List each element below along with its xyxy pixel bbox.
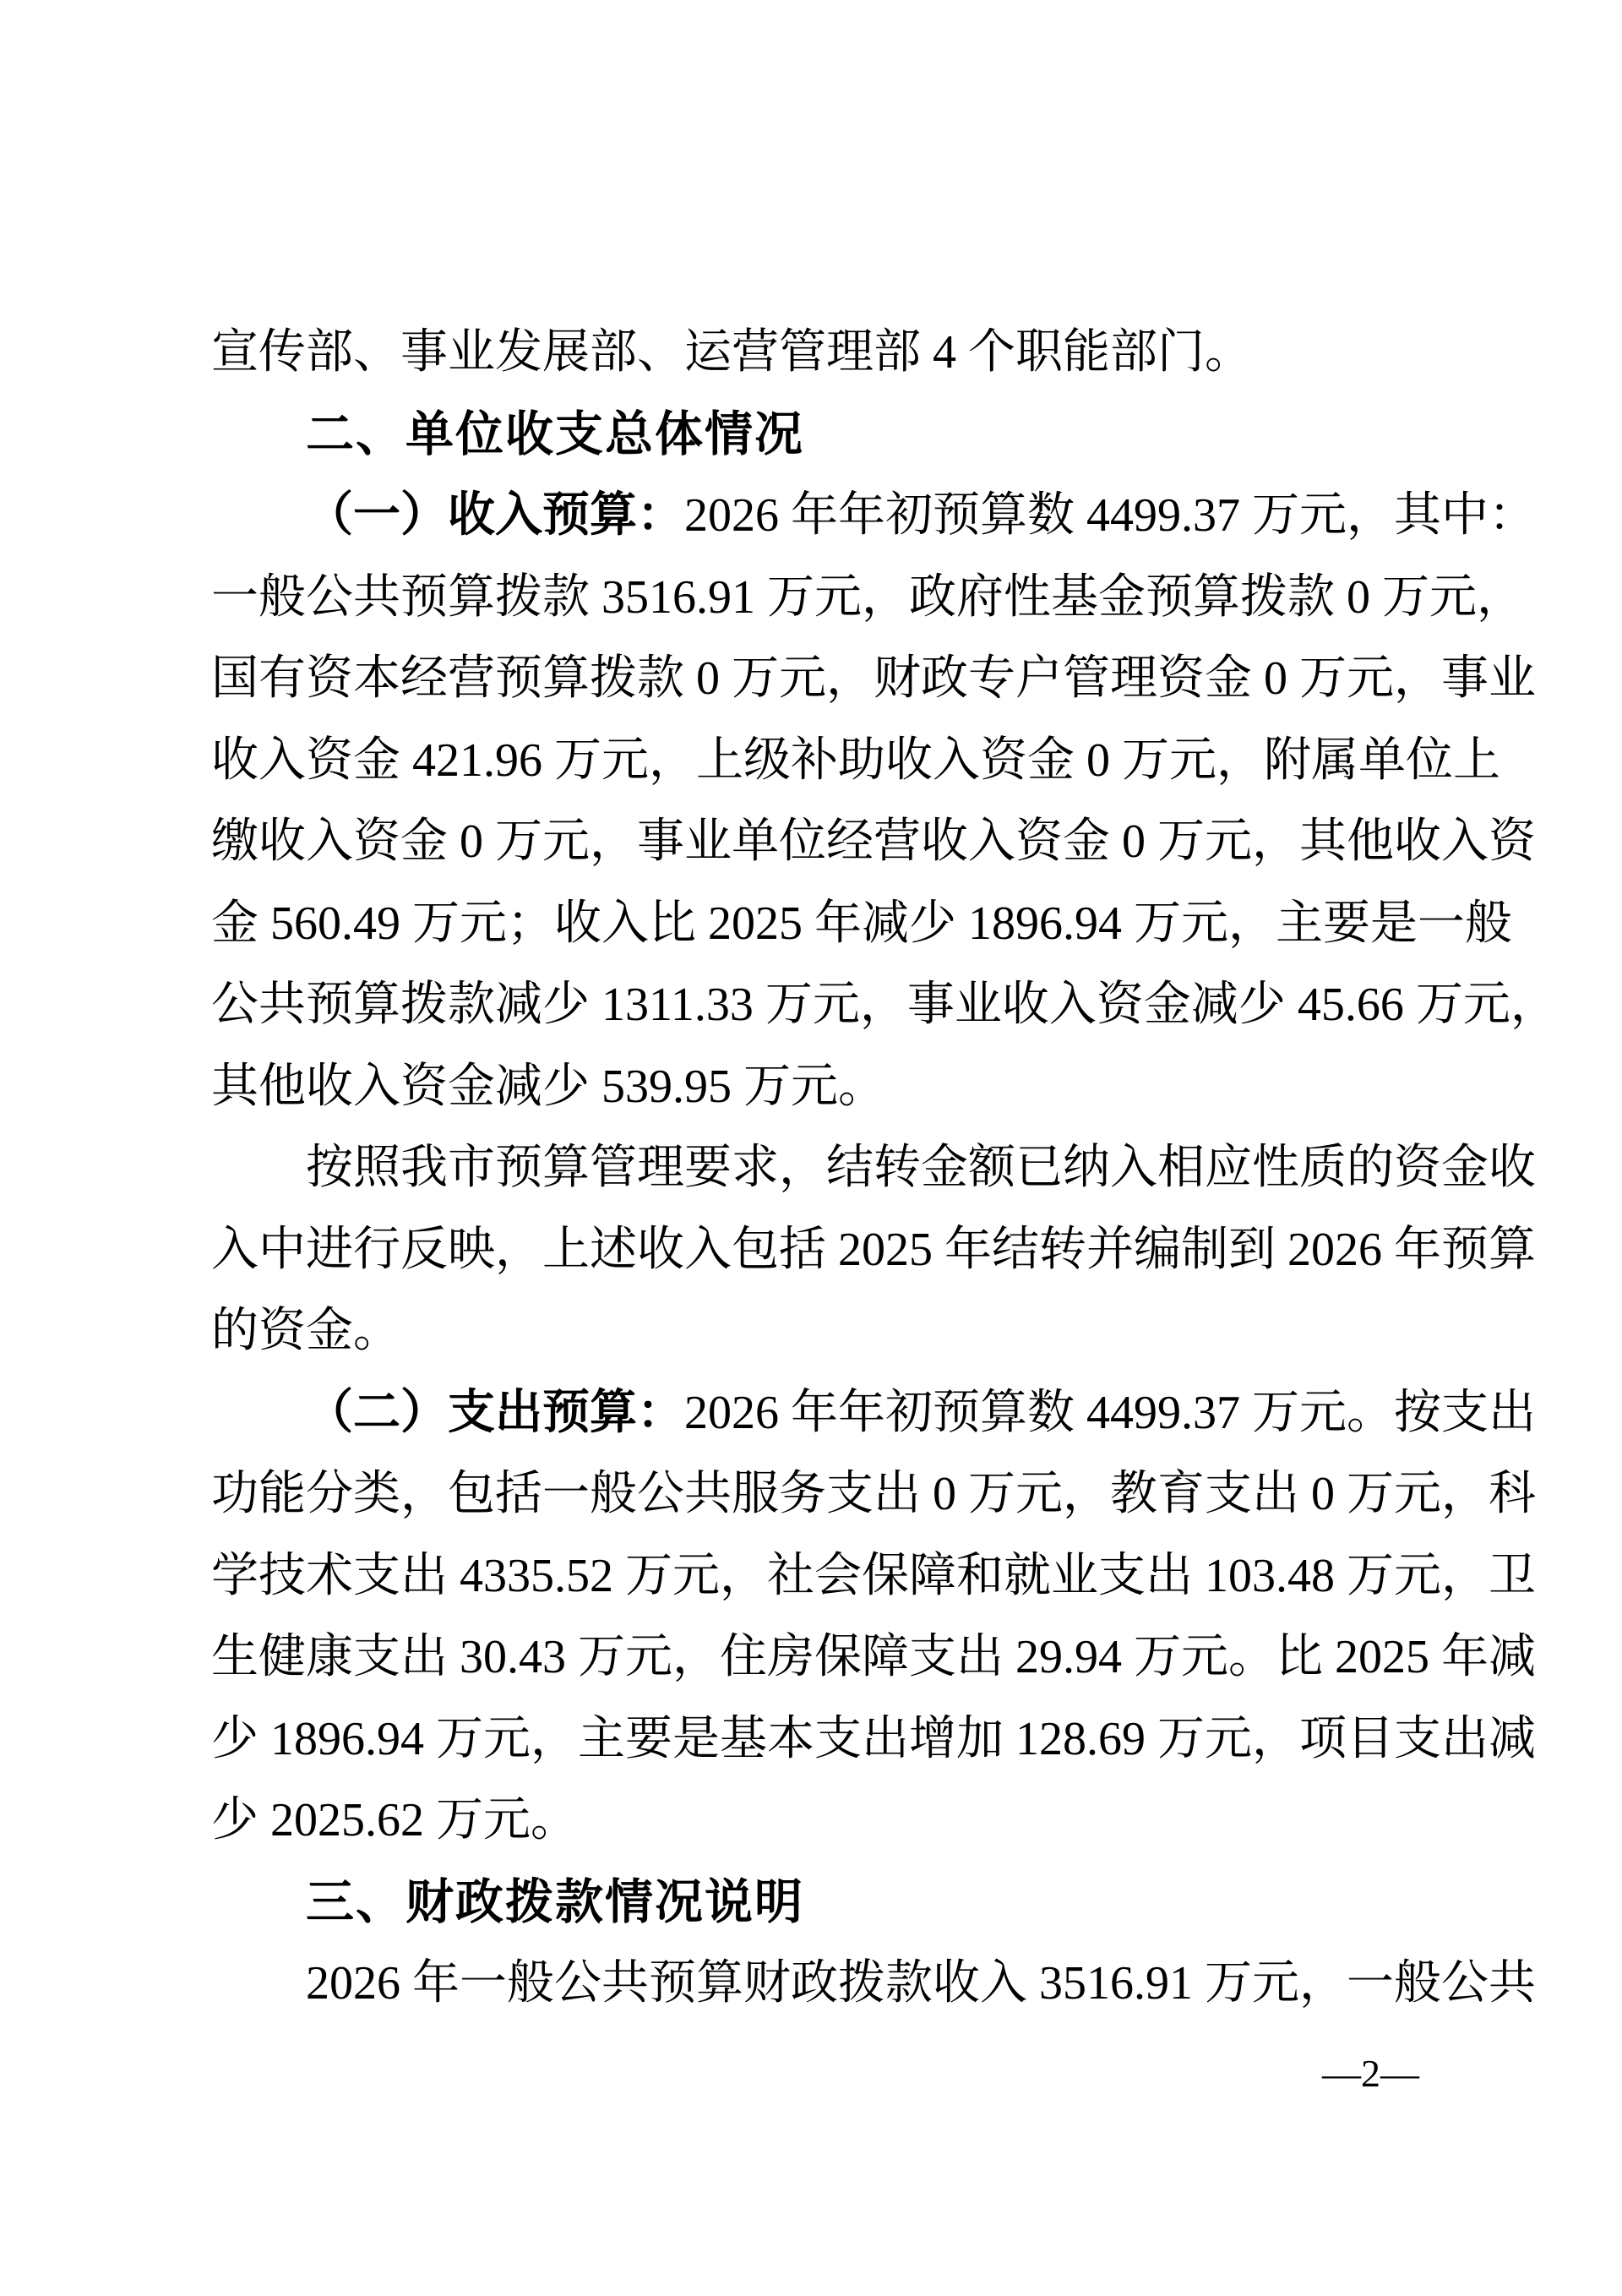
page: 宣传部、事业发展部、运营管理部 4 个职能部门。 二、单位收支总体情况 （一）收… bbox=[0, 0, 1622, 2296]
line-text: 国有资本经营预算拨款 0 万元，财政专户管理资金 0 万元，事业 bbox=[211, 652, 1536, 705]
document-line: 其他收入资金减少 539.95 万元。 bbox=[211, 1046, 1411, 1128]
page-number: —2— bbox=[1322, 2033, 1419, 2115]
line-text: 2026 年一般公共预算财政拨款收入 3516.91 万元，一般公共 bbox=[306, 1957, 1536, 2010]
line-text: 二、单位收支总体情况 bbox=[306, 407, 804, 461]
line-text: 少 2025.62 万元。 bbox=[211, 1794, 578, 1846]
document-line: 缴收入资金 0 万元，事业单位经营收入资金 0 万元，其他收入资 bbox=[211, 801, 1411, 883]
document-body: 宣传部、事业发展部、运营管理部 4 个职能部门。 二、单位收支总体情况 （一）收… bbox=[211, 312, 1411, 2025]
document-line: 入中进行反映，上述收入包括 2025 年结转并编制到 2026 年预算 bbox=[211, 1209, 1411, 1291]
section-heading-2: 二、单位收支总体情况 bbox=[211, 394, 1411, 476]
document-line: 收入资金 421.96 万元，上级补助收入资金 0 万元，附属单位上 bbox=[211, 720, 1411, 802]
document-line: （二）支出预算：2026 年年初预算数 4499.37 万元。按支出 bbox=[211, 1372, 1411, 1454]
line-text: 入中进行反映，上述收入包括 2025 年结转并编制到 2026 年预算 bbox=[211, 1224, 1536, 1276]
line-text: 功能分类，包括一般公共服务支出 0 万元，教育支出 0 万元，科 bbox=[211, 1468, 1536, 1520]
section-heading-3: 三、财政拨款情况说明 bbox=[211, 1862, 1411, 1944]
document-line: 的资金。 bbox=[211, 1290, 1411, 1372]
document-line: （一）收入预算：2026 年年初预算数 4499.37 万元，其中： bbox=[211, 475, 1411, 557]
document-line: 2026 年一般公共预算财政拨款收入 3516.91 万元，一般公共 bbox=[211, 1943, 1411, 2025]
line-text: 的资金。 bbox=[211, 1305, 400, 1357]
document-line: 少 1896.94 万元，主要是基本支出增加 128.69 万元，项目支出减 bbox=[211, 1699, 1411, 1781]
line-text: 其他收入资金减少 539.95 万元。 bbox=[211, 1061, 885, 1113]
line-text: 公共预算拨款减少 1311.33 万元，事业收入资金减少 45.66 万元， bbox=[211, 979, 1558, 1031]
line-text: 生健康支出 30.43 万元，住房保障支出 29.94 万元。比 2025 年减 bbox=[211, 1631, 1536, 1683]
line-text: 收入资金 421.96 万元，上级补助收入资金 0 万元，附属单位上 bbox=[211, 734, 1500, 787]
line-text: 学技术支出 4335.52 万元，社会保障和就业支出 103.48 万元，卫 bbox=[211, 1550, 1536, 1602]
line-text: 缴收入资金 0 万元，事业单位经营收入资金 0 万元，其他收入资 bbox=[211, 815, 1536, 868]
line-text: 少 1896.94 万元，主要是基本支出增加 128.69 万元，项目支出减 bbox=[211, 1713, 1536, 1765]
document-line: 金 560.49 万元；收入比 2025 年减少 1896.94 万元，主要是一… bbox=[211, 883, 1411, 965]
document-line: 学技术支出 4335.52 万元，社会保障和就业支出 103.48 万元，卫 bbox=[211, 1535, 1411, 1617]
document-line: 生健康支出 30.43 万元，住房保障支出 29.94 万元。比 2025 年减 bbox=[211, 1617, 1411, 1699]
line-text: 宣传部、事业发展部、运营管理部 4 个职能部门。 bbox=[211, 326, 1252, 379]
paragraph-lead: （一）收入预算： bbox=[306, 489, 684, 542]
paragraph-lead: （二）支出预算： bbox=[306, 1387, 684, 1439]
line-text: 2026 年年初预算数 4499.37 万元，其中： bbox=[684, 489, 1536, 542]
document-line: 一般公共预算拨款 3516.91 万元，政府性基金预算拨款 0 万元， bbox=[211, 557, 1411, 639]
line-text: 金 560.49 万元；收入比 2025 年减少 1896.94 万元，主要是一… bbox=[211, 897, 1512, 950]
document-line: 国有资本经营预算拨款 0 万元，财政专户管理资金 0 万元，事业 bbox=[211, 638, 1411, 720]
document-line: 宣传部、事业发展部、运营管理部 4 个职能部门。 bbox=[211, 312, 1411, 394]
document-line: 按照我市预算管理要求，结转金额已纳入相应性质的资金收 bbox=[211, 1127, 1411, 1209]
line-text: 2026 年年初预算数 4499.37 万元。按支出 bbox=[684, 1387, 1536, 1439]
document-line: 功能分类，包括一般公共服务支出 0 万元，教育支出 0 万元，科 bbox=[211, 1453, 1411, 1535]
line-text: 三、财政拨款情况说明 bbox=[306, 1875, 804, 1929]
document-line: 少 2025.62 万元。 bbox=[211, 1780, 1411, 1862]
line-text: 一般公共预算拨款 3516.91 万元，政府性基金预算拨款 0 万元， bbox=[211, 571, 1524, 624]
line-text: 按照我市预算管理要求，结转金额已纳入相应性质的资金收 bbox=[306, 1142, 1536, 1194]
document-line: 公共预算拨款减少 1311.33 万元，事业收入资金减少 45.66 万元， bbox=[211, 964, 1411, 1046]
